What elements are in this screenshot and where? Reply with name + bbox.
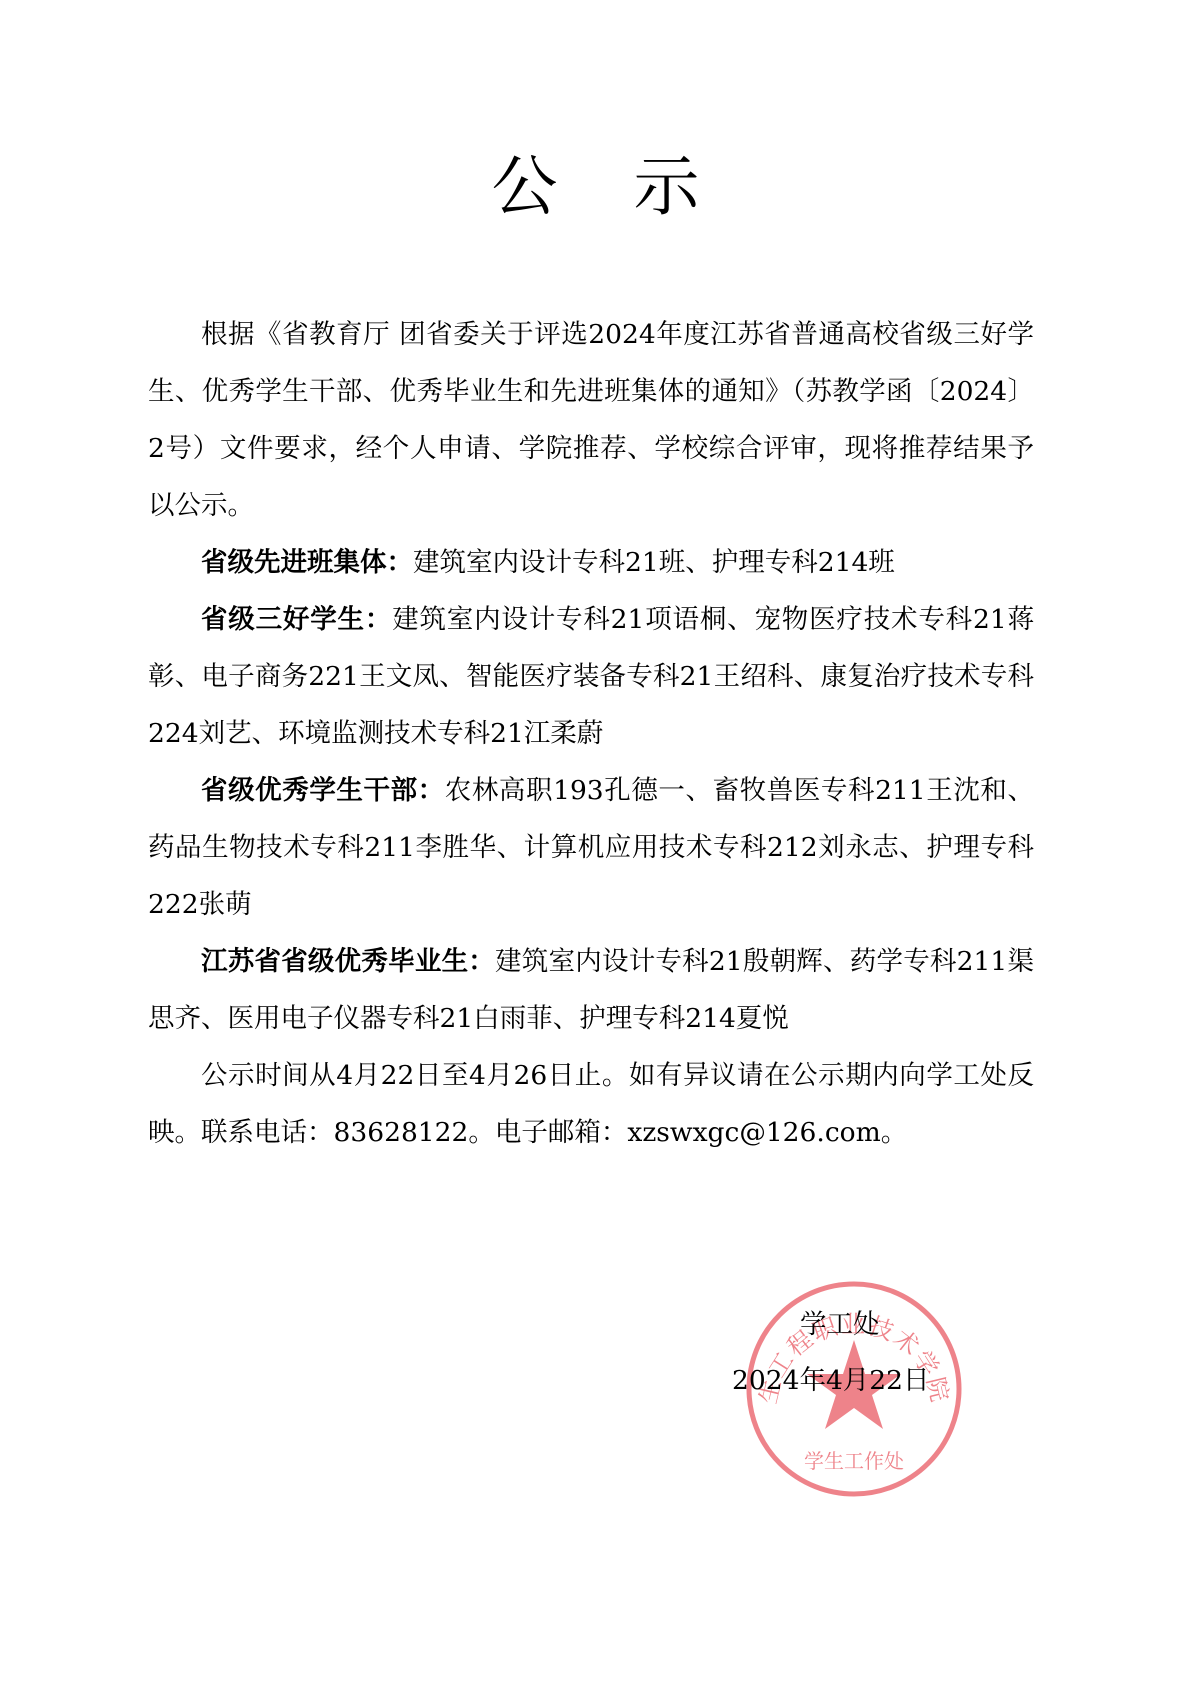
signature-date: 2024年4月22日 xyxy=(732,1358,930,1397)
page-title: 公示 xyxy=(0,142,1191,232)
notice-paragraph: 公示时间从4月22日至4月26日止。如有异议请在公示期内向学工处反映。联系电话：… xyxy=(148,1047,1034,1161)
section-student-cadres: 省级优秀学生干部：农林高职193孔德一、畜牧兽医专科211王沈和、药品生物技术专… xyxy=(148,762,1034,933)
section-outstanding-graduates: 江苏省省级优秀毕业生：建筑室内设计专科21殷朝辉、药学专科211渠思齐、医用电子… xyxy=(148,933,1034,1047)
section-content: 建筑室内设计专科21班、护理专科214班 xyxy=(413,547,895,578)
section-label: 省级优秀学生干部： xyxy=(201,775,445,806)
section-advanced-class: 省级先进班集体：建筑室内设计专科21班、护理专科214班 xyxy=(148,534,1034,591)
seal-text-bottom: 学生工作处 xyxy=(804,1449,904,1473)
section-label: 省级三好学生： xyxy=(201,604,392,635)
section-merit-students: 省级三好学生：建筑室内设计专科21项语桐、宠物医疗技术专科21蒋彰、电子商务22… xyxy=(148,591,1034,762)
document-body: 根据《省教育厅 团省委关于评选2024年度江苏省普通高校省级三好学生、优秀学生干… xyxy=(148,306,1034,1161)
intro-paragraph: 根据《省教育厅 团省委关于评选2024年度江苏省普通高校省级三好学生、优秀学生干… xyxy=(148,306,1034,534)
document-page: 公示 根据《省教育厅 团省委关于评选2024年度江苏省普通高校省级三好学生、优秀… xyxy=(0,0,1191,1684)
signature-department: 学工处 xyxy=(800,1302,880,1341)
section-label: 省级先进班集体： xyxy=(201,547,413,578)
section-label: 江苏省省级优秀毕业生： xyxy=(201,946,495,977)
